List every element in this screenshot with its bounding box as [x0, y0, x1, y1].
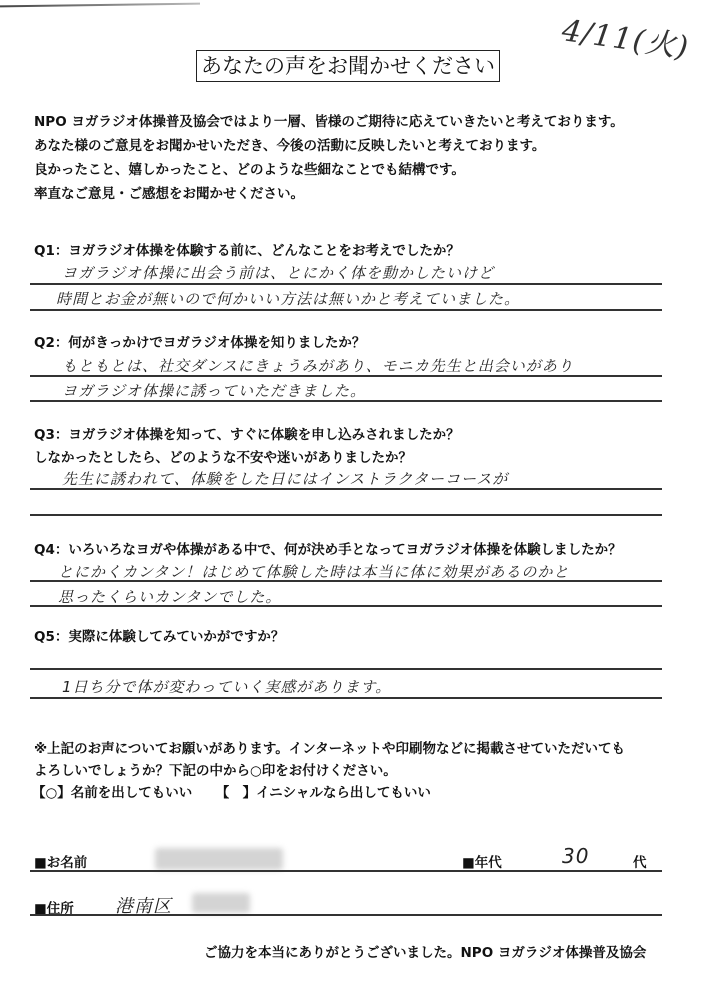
answer-line	[30, 514, 662, 516]
answer-line	[30, 309, 662, 311]
form-title: あなたの声をお聞かせください	[196, 50, 500, 82]
notice-line: よろしいでしょうか？下記の中から○印をお付けください。	[34, 760, 625, 782]
answer-1-line-2: 時間とお金が無いので何かいい方法は無いかと考えていました。	[56, 288, 520, 309]
answer-4-line-1: とにかくカンタン！はじめて体験した時は本当に体に効果があるのかと	[58, 561, 569, 582]
consent-options: 【○】名前を出してもいい 【 】イニシャルなら出してもいい	[32, 782, 625, 804]
answer-line	[30, 668, 662, 670]
redacted-name	[155, 848, 283, 870]
age-suffix: 代	[633, 851, 647, 871]
option-initials-ok[interactable]: 【 】イニシャルなら出してもいい	[216, 785, 431, 801]
age-label: ■年代	[462, 851, 502, 871]
answer-5-line-2: 1日ち分で体が変わっていく実感があります。	[62, 676, 391, 697]
handwritten-date: 4/11(火)	[560, 5, 693, 66]
intro-line: NPO ヨガラジオ体操普及協会ではより一層、皆様のご期待に応えていきたいと考えて…	[34, 110, 624, 134]
notice-line: ※上記のお声についてお願いがあります。インターネットや印刷物などに掲載させていた…	[34, 738, 625, 760]
question-5: Q5：実際に体験してみていかがですか？	[34, 626, 284, 649]
question-3-sub: しなかったとしたら、どのような不安や迷いがありましたか？	[34, 447, 412, 470]
answer-3-line-1: 先生に誘われて、体験をした日にはインストラクターコースが	[62, 468, 508, 489]
name-line	[30, 870, 662, 872]
question-2: Q2：何がきっかけでヨガラジオ体操を知りましたか？	[34, 332, 365, 355]
question-1: Q1：ヨガラジオ体操を体験する前に、どんなことをお考えでしたか？	[34, 240, 460, 263]
answer-line	[30, 283, 662, 285]
question-3: Q3：ヨガラジオ体操を知って、すぐに体験を申し込みされましたか？	[34, 424, 460, 447]
intro-text: NPO ヨガラジオ体操普及協会ではより一層、皆様のご期待に応えていきたいと考えて…	[34, 110, 624, 206]
answer-2-line-2: ヨガラジオ体操に誘っていただきました。	[62, 380, 366, 401]
answer-line	[30, 488, 662, 490]
scan-edge-line	[0, 3, 200, 8]
answer-line	[30, 697, 662, 699]
address-line	[30, 914, 662, 916]
intro-line: 良かったこと、嬉しかったこと、どのような些細なことでも結構です。	[34, 158, 624, 182]
answer-line	[30, 375, 662, 377]
publication-consent: ※上記のお声についてお願いがあります。インターネットや印刷物などに掲載させていた…	[34, 738, 625, 804]
name-label: ■お名前	[34, 851, 87, 871]
option-name-ok[interactable]: 【○】名前を出してもいい	[32, 785, 192, 801]
answer-2-line-1: もともとは、社交ダンスにきょうみがあり、モニカ先生と出会いがあり	[62, 355, 574, 376]
footer-thanks: ご協力を本当にありがとうございました。NPO ヨガラジオ体操普及協会	[204, 941, 646, 961]
answer-line	[30, 400, 662, 402]
answer-4-line-2: 思ったくらいカンタンでした。	[58, 586, 281, 607]
answer-1-line-1: ヨガラジオ体操に出会う前は、とにかく体を動かしたいけど	[62, 262, 494, 283]
age-value: 30	[562, 844, 589, 868]
answer-line	[30, 605, 662, 607]
answer-line	[30, 580, 662, 582]
intro-line: 率直なご意見・ご感想をお聞かせください。	[34, 182, 624, 206]
question-4: Q4：いろいろなヨガや体操がある中で、何が決め手となってヨガラジオ体操を体験しま…	[34, 539, 622, 562]
intro-line: あなた様のご意見をお聞かせいただき、今後の活動に反映したいと考えております。	[34, 134, 624, 158]
redacted-address	[192, 893, 250, 913]
